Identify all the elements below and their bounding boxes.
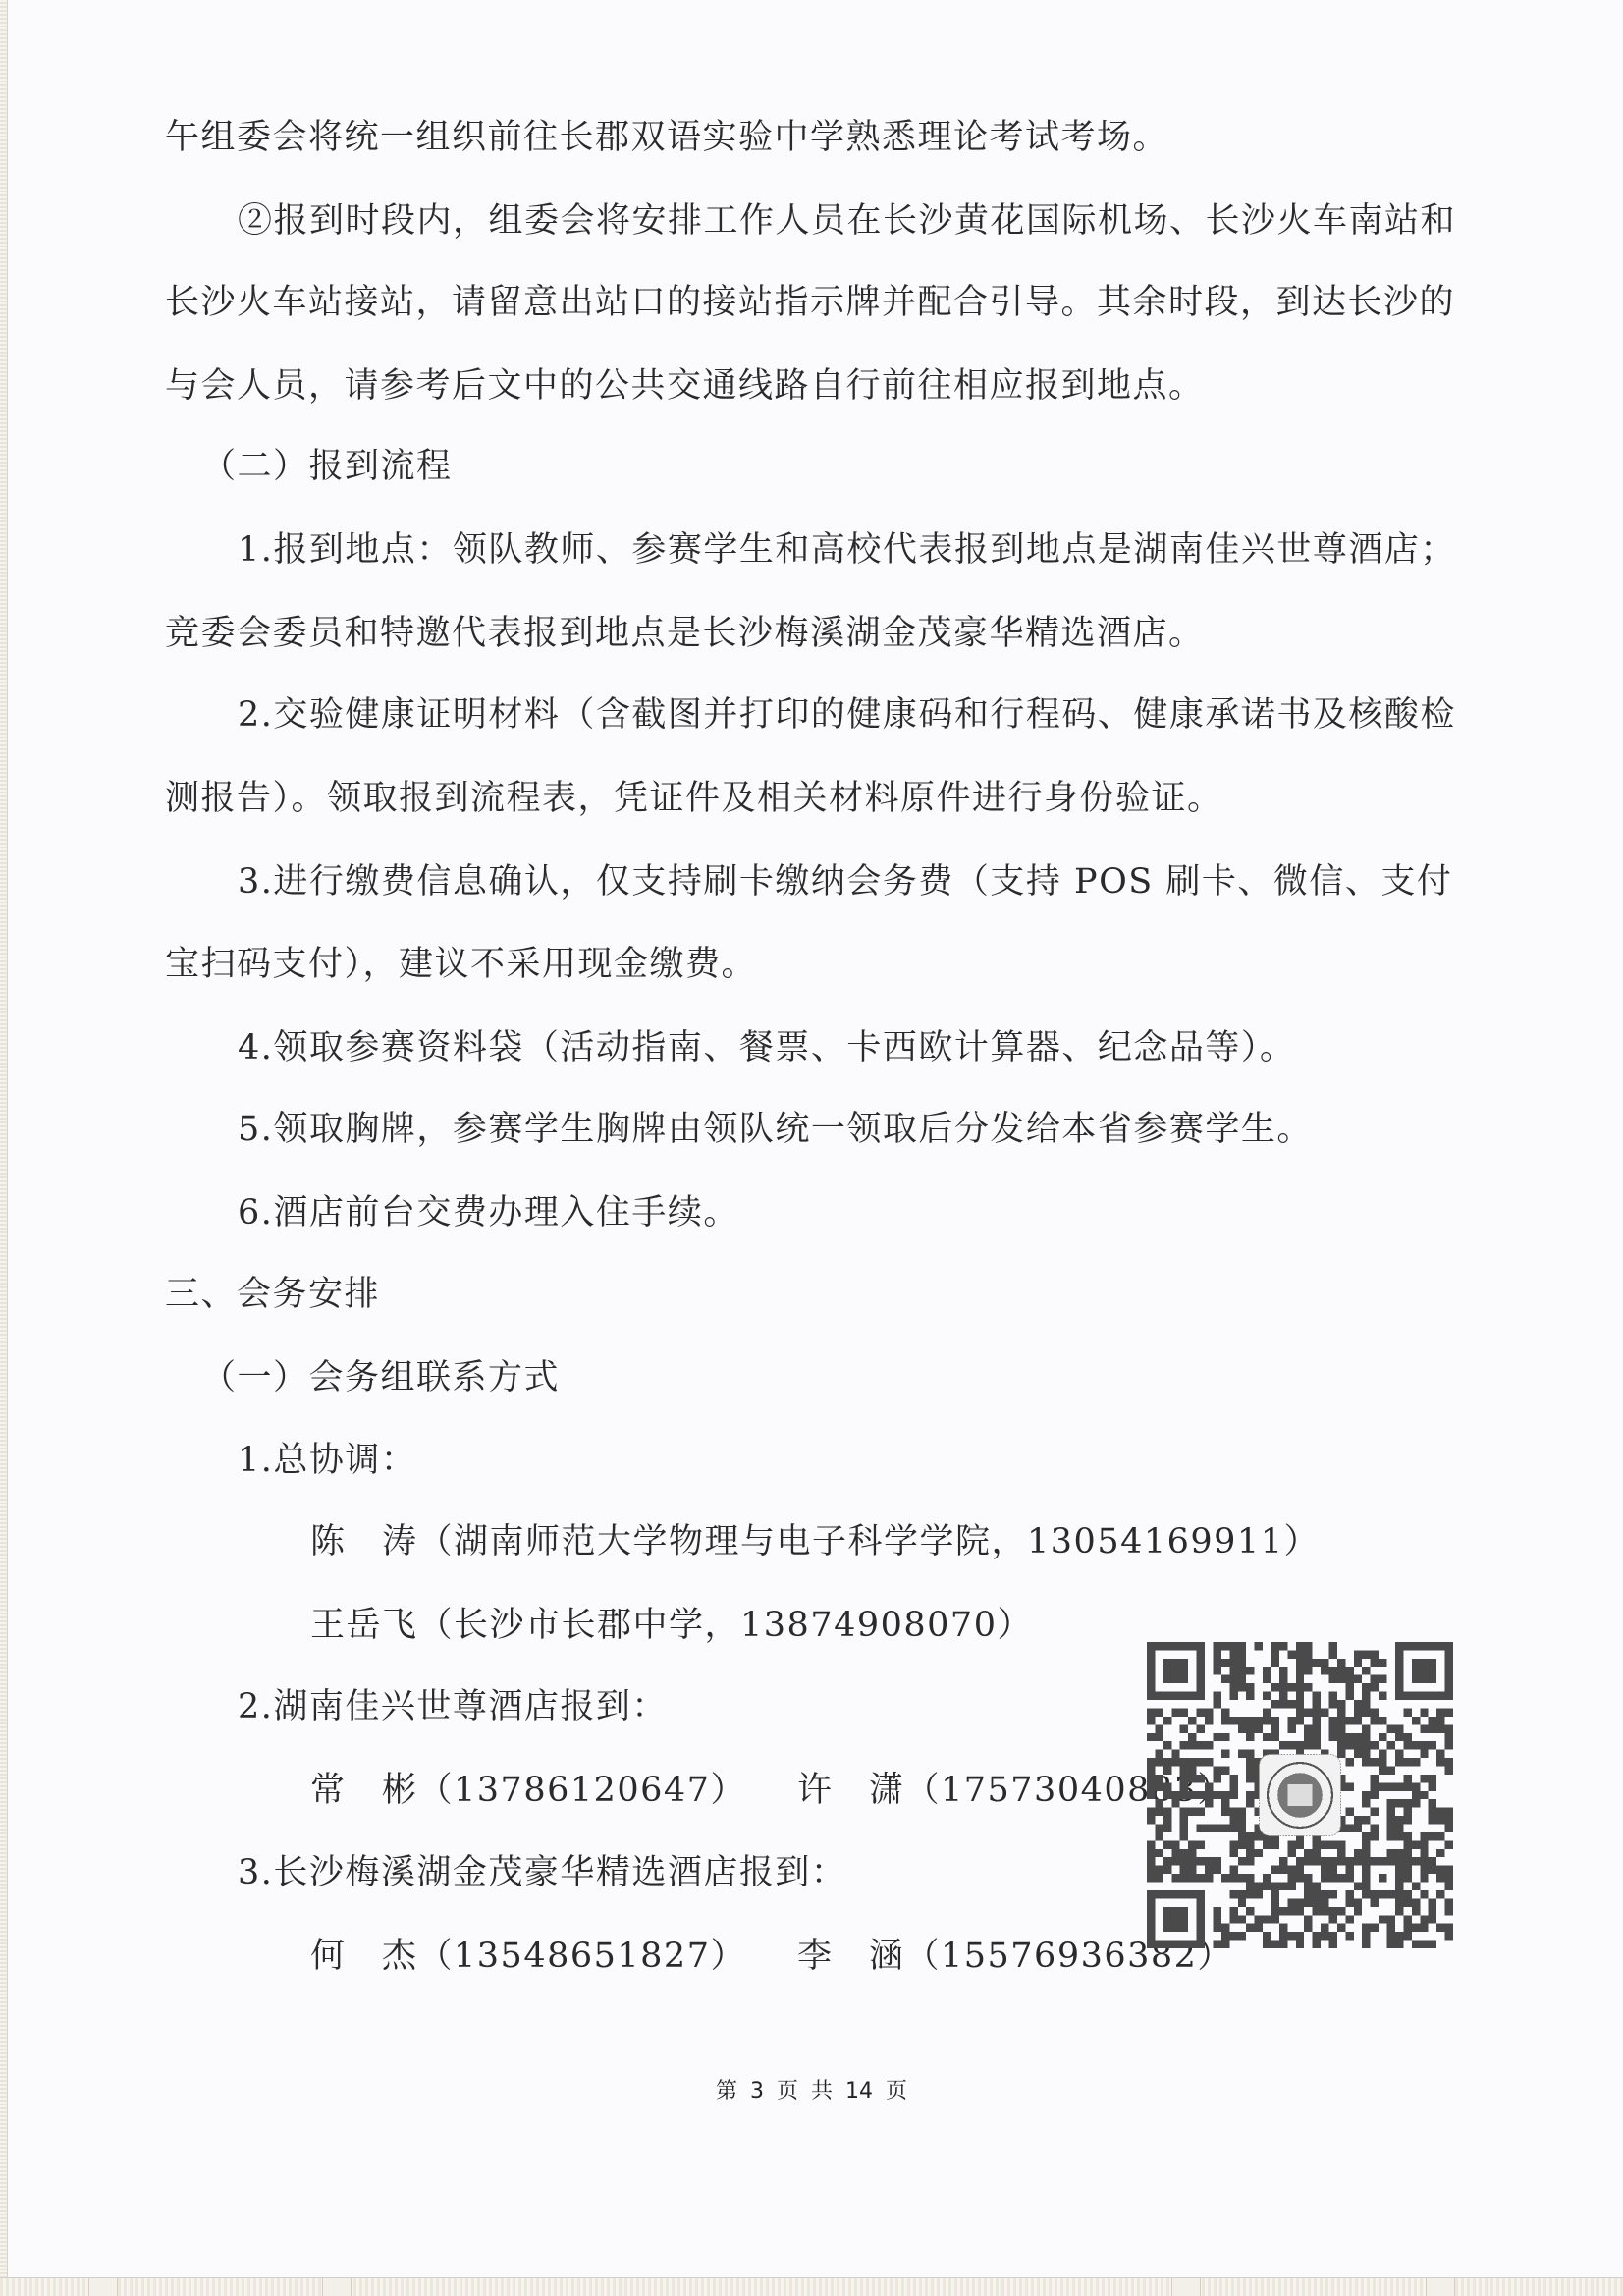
school-emblem-icon xyxy=(1260,1755,1341,1836)
contact-name: 王岳飞 xyxy=(310,1606,418,1645)
contact-detail: （长沙市长郡中学，13874908070） xyxy=(418,1606,1033,1645)
qr-code-icon[interactable] xyxy=(1147,1642,1453,1948)
contact-phone: （13786120647） xyxy=(418,1771,746,1810)
qr-code-graphic xyxy=(1147,1642,1453,1948)
scan-edge-bottom xyxy=(0,2277,1623,2296)
list-item: 6.酒店前台交费办理入住手续。 xyxy=(238,1191,739,1234)
paragraph-line: 长沙火车站接站，请留意出站口的接站指示牌并配合引导。其余时段，到达长沙的 xyxy=(165,281,1455,324)
paragraph-line: 与会人员，请参考后文中的公共交通线路自行前往相应报到地点。 xyxy=(165,364,1205,408)
list-item-continuation: 竞委会委员和特邀代表报到地点是长沙梅溪湖金茂豪华精选酒店。 xyxy=(165,612,1205,655)
contact-line: 王岳飞（长沙市长郡中学，13874908070） xyxy=(310,1604,1033,1647)
list-item: 4.领取参赛资料袋（活动指南、餐票、卡西欧计算器、纪念品等）。 xyxy=(238,1026,1295,1069)
paragraph-line: ②报到时段内，组委会将安排工作人员在长沙黄花国际机场、长沙火车南站和 xyxy=(238,199,1456,243)
list-item: 5.领取胸牌，参赛学生胸牌由领队统一领取后分发给本省参赛学生。 xyxy=(238,1108,1313,1151)
contact-name: 陈 涛 xyxy=(310,1522,418,1561)
page-footer: 第 3 页 共 14 页 xyxy=(0,2074,1623,2105)
section-heading: （二）报到流程 xyxy=(201,445,453,488)
subsection-heading: （一）会务组联系方式 xyxy=(201,1356,560,1399)
contact-line: 陈 涛（湖南师范大学物理与电子科学学院，13054169911） xyxy=(310,1520,1320,1563)
contact-name: 李 涵 xyxy=(797,1937,905,1976)
contact-name: 许 潇 xyxy=(797,1771,905,1810)
document-page: 午组委会将统一组织前往长郡双语实验中学熟悉理论考试考场。 ②报到时段内，组委会将… xyxy=(0,0,1623,2278)
contact-phone: （13548651827） xyxy=(418,1937,746,1976)
scan-edge-left xyxy=(0,0,8,2278)
contact-name: 常 彬 xyxy=(310,1771,418,1810)
list-item-continuation: 宝扫码支付），建议不采用现金缴费。 xyxy=(165,943,757,986)
contact-line: 何 杰（13548651827）李 涵（15576936382） xyxy=(310,1935,1233,1978)
list-item-continuation: 测报告）。领取报到流程表，凭证件及相关材料原件进行身份验证。 xyxy=(165,777,1223,820)
contact-detail: （湖南师范大学物理与电子科学学院，13054169911） xyxy=(418,1522,1320,1561)
contact-group-title: 3.长沙梅溪湖金茂豪华精选酒店报到： xyxy=(238,1851,846,1894)
list-item: 1.报到地点：领队教师、参赛学生和高校代表报到地点是湖南佳兴世尊酒店； xyxy=(238,528,1456,572)
paragraph-line: 午组委会将统一组织前往长郡双语实验中学熟悉理论考试考场。 xyxy=(165,116,1168,159)
contact-group-title: 1.总协调： xyxy=(238,1439,416,1482)
contact-name: 何 杰 xyxy=(310,1937,418,1976)
section-heading: 三、会务安排 xyxy=(165,1273,380,1316)
contact-line: 常 彬（13786120647）许 潇（17573040883） xyxy=(310,1769,1233,1812)
list-item: 2.交验健康证明材料（含截图并打印的健康码和行程码、健康承诺书及核酸检 xyxy=(238,693,1456,737)
list-item: 3.进行缴费信息确认，仅支持刷卡缴纳会务费（支持 POS 刷卡、微信、支付 xyxy=(238,860,1452,903)
contact-group-title: 2.湖南佳兴世尊酒店报到： xyxy=(238,1685,668,1728)
